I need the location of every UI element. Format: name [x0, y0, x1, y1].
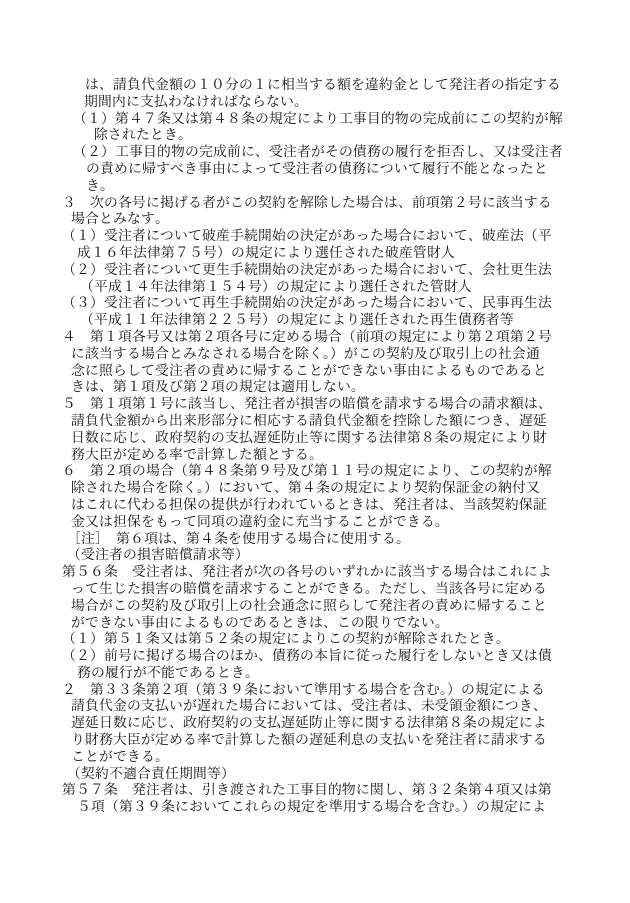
- text-line: （３）受注者について再生手続開始の決定があった場合において、民事再生法: [0, 295, 630, 312]
- text-line: 金又は担保をもって同項の違約金に充当することができる。: [0, 514, 630, 531]
- text-line: 請負代金の支払いが遅れた場合においては、受注者は、未受領金額につき、: [0, 698, 630, 715]
- text-line: （平成１４年法律第１５４号）の規定により選任された管財人: [0, 279, 630, 296]
- text-line: 除された場合を除く。）において、第４条の規定により契約保証金の納付又: [0, 480, 630, 497]
- text-line: き。: [0, 178, 630, 195]
- text-line: （１）第５１条又は第５２条の規定によりこの契約が解除されたとき。: [0, 631, 630, 648]
- text-line: （１）受注者について破産手続開始の決定があった場合において、破産法（平: [0, 228, 630, 245]
- text-line: ６ 第２項の場合（第４８条第９号及び第１１号の規定により、この契約が解: [0, 463, 630, 480]
- text-line: 第５７条 発注者は、引き渡された工事目的物に関し、第３２条第４項又は第: [0, 782, 630, 799]
- text-line: ［注］ 第６項は、第４条を使用する場合に使用する。: [0, 531, 630, 548]
- text-line: 務の履行が不能であるとき。: [0, 665, 630, 682]
- text-line: り財務大臣が定める率で計算した額の遅延利息の支払いを発注者に請求する: [0, 732, 630, 749]
- text-line: （契約不適合責任期間等）: [0, 766, 630, 783]
- text-line: （受注者の損害賠償請求等）: [0, 547, 630, 564]
- text-line: ４ 第１項各号又は第２項各号に定める場合（前項の規定により第２項第２号: [0, 329, 630, 346]
- text-line: ５ 第１項第１号に該当し、発注者が損害の賠償を請求する場合の請求額は、: [0, 396, 630, 413]
- text-line: 期間内に支払わなければならない。: [0, 94, 630, 111]
- text-line: は、請負代金額の１０分の１に相当する額を違約金として発注者の指定する: [0, 77, 630, 94]
- text-line: 第５６条 受注者は、発注者が次の各号のいずれかに該当する場合はこれによ: [0, 564, 630, 581]
- text-line: 念に照らして受注者の責めに帰することができない事由によるものであると: [0, 363, 630, 380]
- text-line: はこれに代わる担保の提供が行われているときは、発注者は、当該契約保証: [0, 497, 630, 514]
- text-line: ができない事由によるものであるときは、この限りでない。: [0, 615, 630, 632]
- document-page: は、請負代金額の１０分の１に相当する額を違約金として発注者の指定する期間内に支払…: [0, 0, 630, 903]
- text-line: （２）受注者について更生手続開始の決定があった場合において、会社更生法: [0, 262, 630, 279]
- text-line: の責めに帰すべき事由によって受注者の債務について履行不能となったと: [0, 161, 630, 178]
- text-line: 請負代金額から出来形部分に相応する請負代金額を控除した額につき、遅延: [0, 413, 630, 430]
- text-line: 務大臣が定める率で計算した額とする。: [0, 447, 630, 464]
- text-line: （１）第４７条又は第４８条の規定により工事目的物の完成前にこの契約が解: [0, 111, 630, 128]
- text-line: 日数に応じ、政府契約の支払遅延防止等に関する法律第８条の規定により財: [0, 430, 630, 447]
- text-line: ことができる。: [0, 749, 630, 766]
- text-line: ５項（第３９条においてこれらの規定を準用する場合を含む。）の規定によ: [0, 799, 630, 816]
- text-line: （２）前号に掲げる場合のほか、債務の本旨に従った履行をしないとき又は債: [0, 648, 630, 665]
- text-line: ２ 第３３条第２項（第３９条において準用する場合を含む。）の規定による: [0, 682, 630, 699]
- text-line: 場合とみなす。: [0, 211, 630, 228]
- text-line: 場合がこの契約及び取引上の社会通念に照らして発注者の責めに帰すること: [0, 598, 630, 615]
- text-line: 成１６年法律第７５号）の規定により選任された破産管財人: [0, 245, 630, 262]
- text-line: 遅延日数に応じ、政府契約の支払遅延防止等に関する法律第８条の規定によ: [0, 715, 630, 732]
- text-line: 除されたとき。: [0, 127, 630, 144]
- text-line: （２）工事目的物の完成前に、受注者がその債務の履行を拒否し、又は受注者: [0, 144, 630, 161]
- contract-clause-text-block: は、請負代金額の１０分の１に相当する額を違約金として発注者の指定する期間内に支払…: [0, 77, 630, 816]
- text-line: ３ 次の各号に掲げる者がこの契約を解除した場合は、前項第２号に該当する: [0, 195, 630, 212]
- text-line: きは、第１項及び第２項の規定は適用しない。: [0, 379, 630, 396]
- text-line: って生じた損害の賠償を請求することができる。ただし、当該各号に定める: [0, 581, 630, 598]
- text-line: に該当する場合とみなされる場合を除く。）がこの契約及び取引上の社会通: [0, 346, 630, 363]
- text-line: （平成１１年法律第２２５号）の規定により選任された再生債務者等: [0, 312, 630, 329]
